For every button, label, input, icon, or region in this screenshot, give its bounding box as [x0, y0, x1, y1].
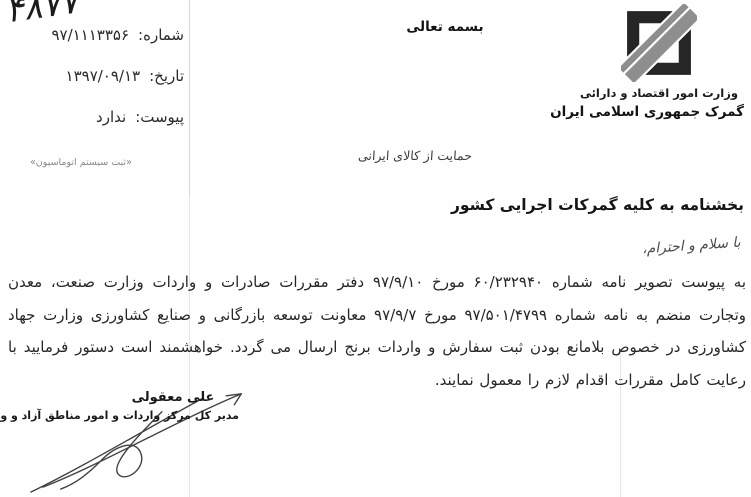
letter-number-row: شماره: ۹۷/۱۱۱۳۳۵۶ [8, 26, 184, 48]
letter-body: به پیوست تصویر نامه شماره ۶۰/۲۳۲۹۴۰ مورخ… [8, 266, 746, 396]
letter-attachment-value: ندارد [96, 108, 126, 126]
letter-number-value: ۹۷/۱۱۱۳۳۵۶ [51, 26, 129, 44]
letter-meta-block: شماره: ۹۷/۱۱۱۳۳۵۶ تاریخ: ۱۳۹۷/۰۹/۱۳ پیوس… [8, 26, 184, 149]
letter-date-label: تاریخ: [149, 67, 184, 85]
handwritten-salutation: با سلام و احترام، [642, 235, 741, 258]
letterhead: وزارت امور اقتصاد و دارائی گمرک جمهوری ا… [574, 4, 744, 120]
ministry-name: وزارت امور اقتصاد و دارائی [574, 86, 744, 100]
signatory-name: علی معقولی [128, 390, 218, 405]
organization-name: گمرک جمهوری اسلامی ایران [574, 104, 744, 120]
letter-attachment-row: پیوست: ندارد [8, 108, 184, 130]
signatory-title: مدیر کل مرکز واردات و امور مناطق آزاد و … [24, 409, 239, 422]
customs-logo-icon [621, 4, 697, 82]
year-slogan: حمایت از کالای ایرانی [361, 148, 472, 163]
letter-date-value: ۱۳۹۷/۰۹/۱۳ [66, 67, 141, 85]
scan-fold-line-left-upper [189, 0, 190, 195]
circular-subject: بخشنامه به کلیه گمرکات اجرایی کشور [451, 196, 744, 214]
letter-date-row: تاریخ: ۱۳۹۷/۰۹/۱۳ [8, 67, 184, 89]
letter-attachment-label: پیوست: [135, 108, 184, 126]
letter-number-label: شماره: [138, 26, 184, 44]
besmele-heading: بسمه تعالی [385, 19, 505, 35]
scanned-circular-letter: ۴۸۷۷ شماره: ۹۷/۱۱۱۳۳۵۶ تاریخ: ۱۳۹۷/۰۹/۱۳… [0, 0, 751, 497]
automation-system-note: «ثبت سیستم اتوماسیون» [30, 157, 132, 168]
